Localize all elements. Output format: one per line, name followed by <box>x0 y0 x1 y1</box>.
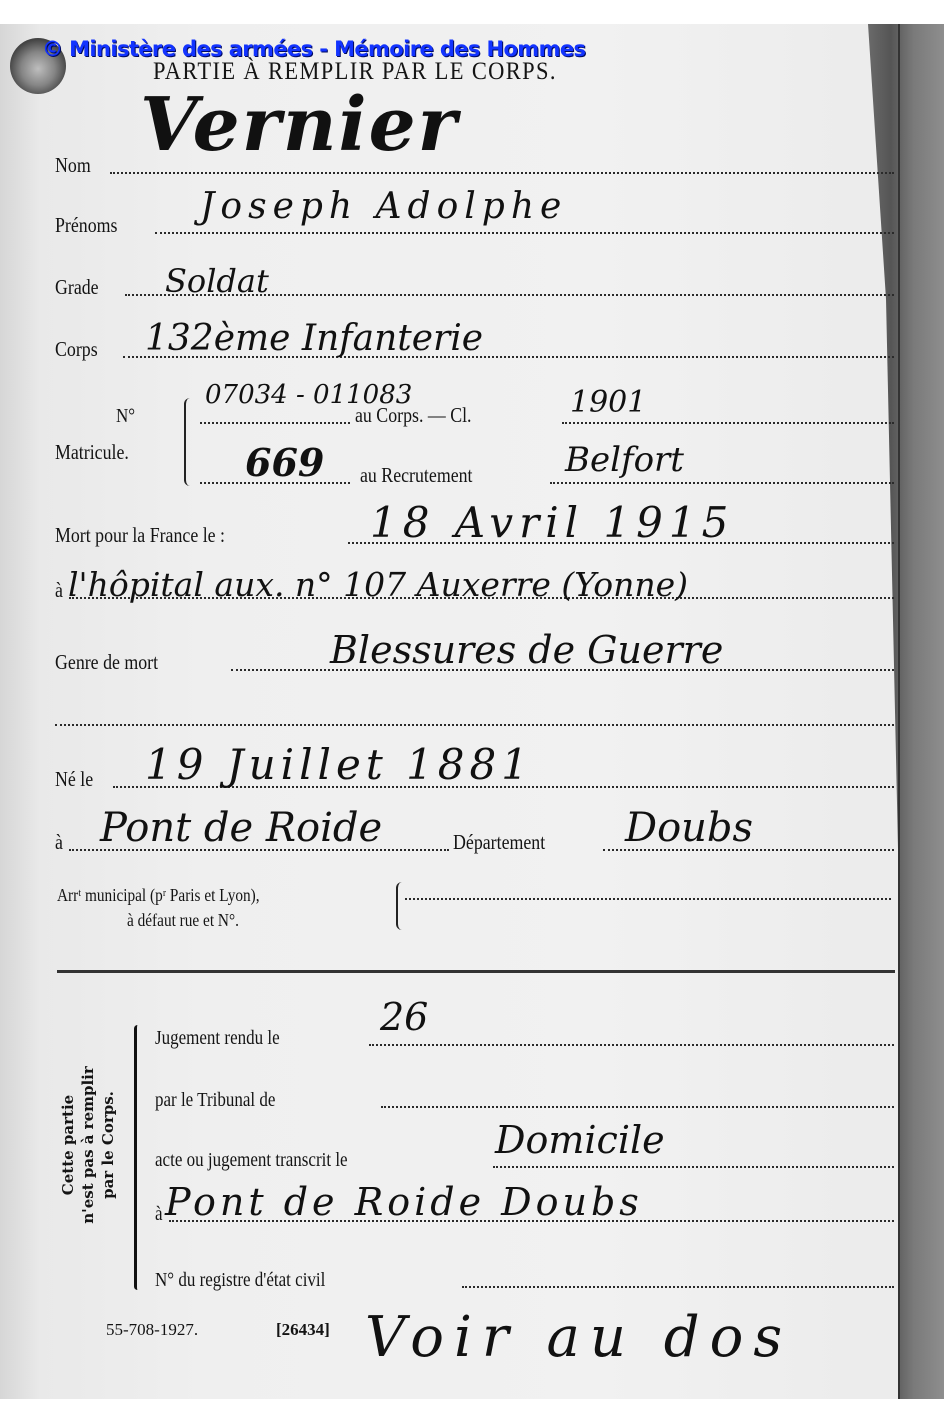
print-code: 55-708-1927. <box>106 1320 198 1340</box>
arrondissement-brace <box>396 882 408 930</box>
value-ne-le: 19 Juillet 1881 <box>145 740 533 789</box>
note-voir-au-dos: Voir au dos <box>365 1305 792 1370</box>
label-prenoms: Prénoms <box>55 213 117 238</box>
label-nom: Nom <box>55 153 91 178</box>
value-mort: 18 Avril 1915 <box>370 498 734 547</box>
dotted-line <box>462 1286 894 1288</box>
label-grade: Grade <box>55 275 99 300</box>
value-departement: Doubs <box>625 805 753 851</box>
side-note-line-2: n'est pas à remplir <box>78 1035 98 1255</box>
value-genre-mort: Blessures de Guerre <box>330 628 723 672</box>
field-tribunal: par le Tribunal de <box>155 1082 894 1112</box>
dotted-line <box>200 422 350 424</box>
side-brace <box>134 1025 141 1290</box>
dotted-line <box>493 1166 894 1168</box>
value-transcrit: Domicile <box>495 1118 665 1162</box>
field-jugement: Jugement rendu le <box>155 1020 894 1050</box>
value-nom: Vernier <box>140 82 459 168</box>
dotted-line <box>155 232 894 234</box>
value-corps: 132ème Infanterie <box>145 318 483 359</box>
value-matricule-corps: 07034 - 011083 <box>205 380 412 410</box>
label-lieu-mort: à <box>55 578 63 603</box>
section-separator <box>57 970 895 973</box>
side-note-line-3: par le Corps. <box>98 1035 118 1255</box>
label-genre-mort: Genre de mort <box>55 650 158 675</box>
dotted-line <box>110 172 894 174</box>
value-recrutement-lieu: Belfort <box>565 440 684 480</box>
value-transcrit-lieu: Pont de Roide Doubs <box>165 1180 643 1224</box>
dotted-line <box>550 482 894 484</box>
value-prenoms: Joseph Adolphe <box>200 186 567 227</box>
value-grade: Soldat <box>165 262 269 300</box>
dotted-line <box>381 1106 894 1108</box>
label-transcrit: acte ou jugement transcrit le <box>155 1149 348 1172</box>
dotted-line <box>55 724 894 726</box>
dotted-line <box>369 1044 894 1046</box>
field-registre: N° du registre d'état civil <box>155 1262 894 1292</box>
value-recrutement-no: 669 <box>245 440 324 485</box>
dotted-line <box>405 898 891 900</box>
value-classe: 1901 <box>570 385 646 420</box>
side-note: Cette partie n'est pas à remplir par le … <box>58 1035 118 1255</box>
label-tribunal: par le Tribunal de <box>155 1089 275 1112</box>
matricule-brace <box>184 398 196 486</box>
value-lieu-naissance: Pont de Roide <box>100 805 382 851</box>
form-number: [26434] <box>276 1320 330 1340</box>
label-mort: Mort pour la France le : <box>55 523 225 548</box>
page-edge-line <box>898 24 900 1399</box>
label-registre: N° du registre d'état civil <box>155 1269 325 1292</box>
side-note-line-1: Cette partie <box>58 1035 78 1255</box>
label-ne-le: Né le <box>55 767 93 792</box>
field-blank-line <box>55 700 894 730</box>
label-recrutement: au Recrutement <box>360 463 473 488</box>
label-transcrit-lieu: à <box>155 1203 163 1226</box>
label-lieu-naissance: à <box>55 830 63 855</box>
label-jugement: Jugement rendu le <box>155 1027 280 1050</box>
label-departement: Département <box>453 830 545 855</box>
value-lieu-mort: l'hôpital aux. n° 107 Auxerre (Yonne) <box>68 565 688 604</box>
value-jugement: 26 <box>380 995 428 1039</box>
label-corps: Corps <box>55 337 98 362</box>
copyright-watermark: © Ministère des armées - Mémoire des Hom… <box>42 37 585 61</box>
dotted-line <box>562 422 894 424</box>
